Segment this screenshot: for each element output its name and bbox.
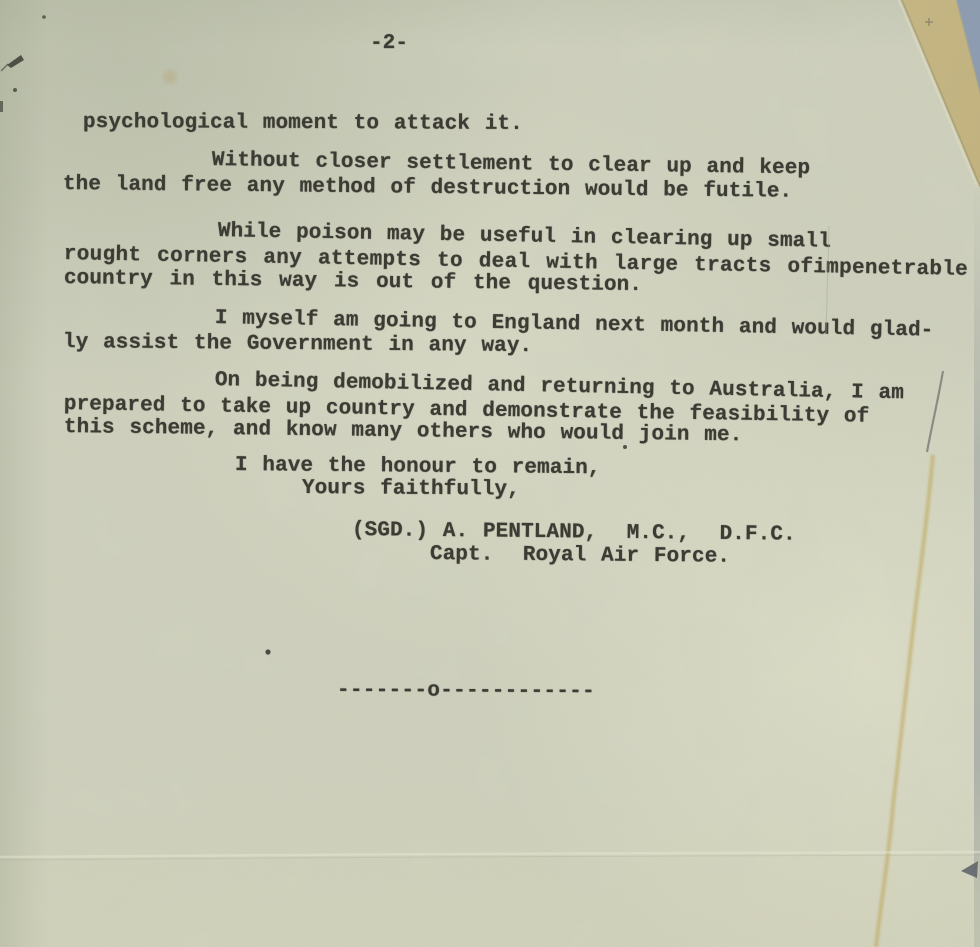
edge-ink-speck: [0, 101, 3, 112]
typed-line: psychological moment to attack it.: [83, 112, 523, 135]
ink-stain-streak: [876, 455, 933, 947]
signature-rank-line: Capt. Royal Air Force.: [430, 544, 730, 568]
pen-arrow-tail: [1, 64, 8, 71]
ink-speck: [42, 15, 46, 19]
section-divider: -------o------------: [337, 680, 595, 702]
crease-line: [0, 852, 980, 857]
scan-right-edge: [974, 180, 980, 947]
page-number: -2-: [370, 33, 408, 54]
signature-name-line: (SGD.) A. PENTLAND, M.C., D.F.C.: [352, 520, 796, 546]
closing-line: Yours faithfully,: [302, 478, 520, 501]
crease-shadow: [0, 855, 980, 860]
brown-stain-spot: [163, 70, 177, 84]
typed-line: country in this way is out of the questi…: [64, 268, 642, 296]
scanned-letter-page: -2- psychological moment to attack it. W…: [0, 0, 980, 947]
pen-arrow-mark: [7, 55, 24, 68]
edge-arrow-mark: [961, 861, 978, 878]
ink-speck: [13, 88, 17, 92]
stray-period-mark: [265, 649, 270, 654]
pen-slash-mark: [927, 371, 943, 452]
closing-line: I have the honour to remain,: [235, 455, 601, 479]
typed-line: ly assist the Government in any way.: [63, 332, 532, 357]
